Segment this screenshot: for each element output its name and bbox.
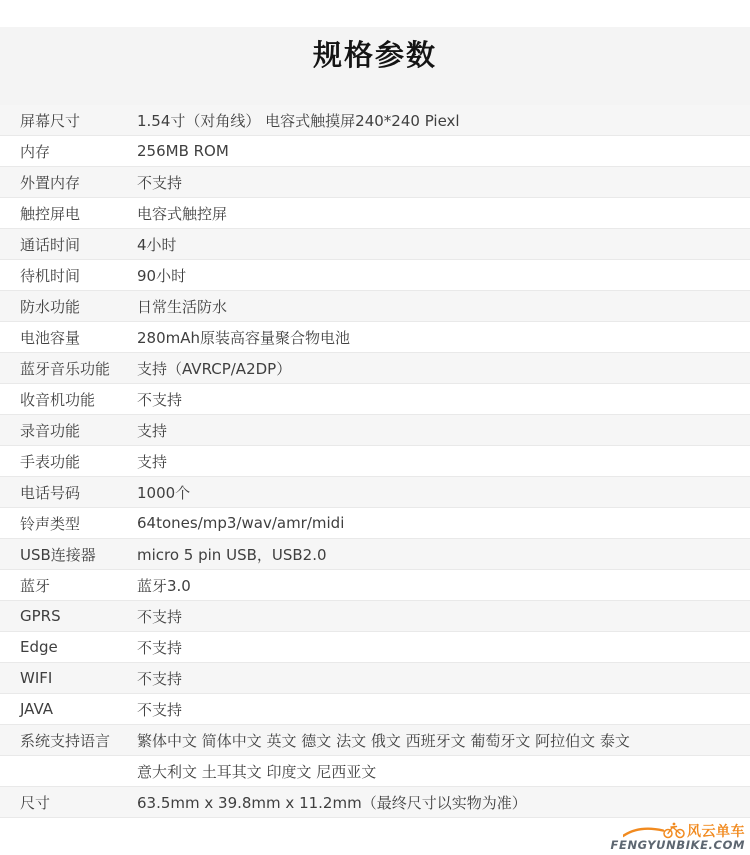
spec-row: 防水功能 日常生活防水 — [0, 291, 750, 322]
spec-value: 1000个 — [137, 482, 750, 503]
spec-row: 收音机功能 不支持 — [0, 384, 750, 415]
spec-label: 触控屏电 — [0, 203, 137, 224]
spec-row: 待机时间 90小时 — [0, 260, 750, 291]
brand-name: 风云单车 — [687, 825, 745, 839]
spec-value: 电容式触控屏 — [137, 203, 750, 224]
spec-value: 不支持 — [137, 389, 750, 410]
spec-row: 蓝牙 蓝牙3.0 — [0, 570, 750, 601]
spec-label: 手表功能 — [0, 451, 137, 472]
spec-value: 繁体中文 简体中文 英文 德文 法文 俄文 西班牙文 葡萄牙文 阿拉伯文 泰文 — [137, 730, 750, 751]
spec-label: 尺寸 — [0, 792, 137, 813]
spec-label: 蓝牙音乐功能 — [0, 358, 137, 379]
spec-value: 支持 — [137, 420, 750, 441]
spec-row: 铃声类型 64tones/mp3/wav/amr/midi — [0, 508, 750, 539]
spec-value: 支持 — [137, 451, 750, 472]
spec-value: 64tones/mp3/wav/amr/midi — [137, 514, 750, 532]
spec-value: 不支持 — [137, 668, 750, 689]
spec-row: USB连接器 micro 5 pin USB，USB2.0 — [0, 539, 750, 570]
footer: 风云单车 FENGYUNBIKE.COM — [0, 818, 750, 855]
spec-value: 1.54寸（对角线） 电容式触摸屏240*240 Piexl — [137, 110, 750, 131]
spec-row: 意大利文 土耳其文 印度文 尼西亚文 — [0, 756, 750, 787]
spec-value: 蓝牙3.0 — [137, 575, 750, 596]
spec-value: 不支持 — [137, 699, 750, 720]
spec-label: 防水功能 — [0, 296, 137, 317]
spec-row: 内存 256MB ROM — [0, 136, 750, 167]
title-band: 规格参数 — [0, 27, 750, 105]
spec-row: 录音功能 支持 — [0, 415, 750, 446]
spec-label: 屏幕尺寸 — [0, 110, 137, 131]
spec-value: 280mAh原装高容量聚合物电池 — [137, 327, 750, 348]
spec-table: 屏幕尺寸 1.54寸（对角线） 电容式触摸屏240*240 Piexl 内存 2… — [0, 105, 750, 818]
brand-watermark: 风云单车 FENGYUNBIKE.COM — [611, 822, 745, 852]
spec-label: 电池容量 — [0, 327, 137, 348]
spec-row: 尺寸 63.5mm x 39.8mm x 11.2mm（最终尺寸以实物为准） — [0, 787, 750, 818]
spec-row: 电话号码 1000个 — [0, 477, 750, 508]
spec-row: 手表功能 支持 — [0, 446, 750, 477]
spec-label: 系统支持语言 — [0, 730, 137, 751]
page-title: 规格参数 — [313, 33, 437, 74]
spec-row: 触控屏电 电容式触控屏 — [0, 198, 750, 229]
spec-value: micro 5 pin USB，USB2.0 — [137, 544, 750, 565]
spec-row: JAVA 不支持 — [0, 694, 750, 725]
spec-label: 收音机功能 — [0, 389, 137, 410]
spec-label: 电话号码 — [0, 482, 137, 503]
spec-value: 不支持 — [137, 606, 750, 627]
spec-value: 90小时 — [137, 265, 750, 286]
spec-label: GPRS — [0, 607, 137, 625]
spec-label: 铃声类型 — [0, 513, 137, 534]
spec-row: GPRS 不支持 — [0, 601, 750, 632]
spec-label: 内存 — [0, 141, 137, 162]
spec-value: 不支持 — [137, 637, 750, 658]
spec-value: 4小时 — [137, 234, 750, 255]
spec-row: 蓝牙音乐功能 支持（AVRCP/A2DP） — [0, 353, 750, 384]
spec-label: 待机时间 — [0, 265, 137, 286]
spec-row: 外置内存 不支持 — [0, 167, 750, 198]
spec-value: 日常生活防水 — [137, 296, 750, 317]
spec-row: 系统支持语言 繁体中文 简体中文 英文 德文 法文 俄文 西班牙文 葡萄牙文 阿… — [0, 725, 750, 756]
spec-row: 通话时间 4小时 — [0, 229, 750, 260]
bicycle-swoosh-icon — [623, 822, 685, 839]
spec-value: 256MB ROM — [137, 142, 750, 160]
spec-value: 不支持 — [137, 172, 750, 193]
spec-label: 外置内存 — [0, 172, 137, 193]
spec-label: 蓝牙 — [0, 575, 137, 596]
spec-label: 通话时间 — [0, 234, 137, 255]
spec-label: USB连接器 — [0, 544, 137, 565]
top-margin-strip — [0, 0, 750, 27]
spec-label: 录音功能 — [0, 420, 137, 441]
spec-row: WIFI 不支持 — [0, 663, 750, 694]
brand-site-url: FENGYUNBIKE.COM — [611, 839, 745, 852]
spec-value: 63.5mm x 39.8mm x 11.2mm（最终尺寸以实物为准） — [137, 792, 750, 813]
spec-label: WIFI — [0, 669, 137, 687]
spec-row: Edge 不支持 — [0, 632, 750, 663]
spec-value: 意大利文 土耳其文 印度文 尼西亚文 — [137, 761, 750, 782]
spec-label: JAVA — [0, 700, 137, 718]
spec-row: 屏幕尺寸 1.54寸（对角线） 电容式触摸屏240*240 Piexl — [0, 105, 750, 136]
spec-row: 电池容量 280mAh原装高容量聚合物电池 — [0, 322, 750, 353]
spec-value: 支持（AVRCP/A2DP） — [137, 358, 750, 379]
spec-label: Edge — [0, 638, 137, 656]
